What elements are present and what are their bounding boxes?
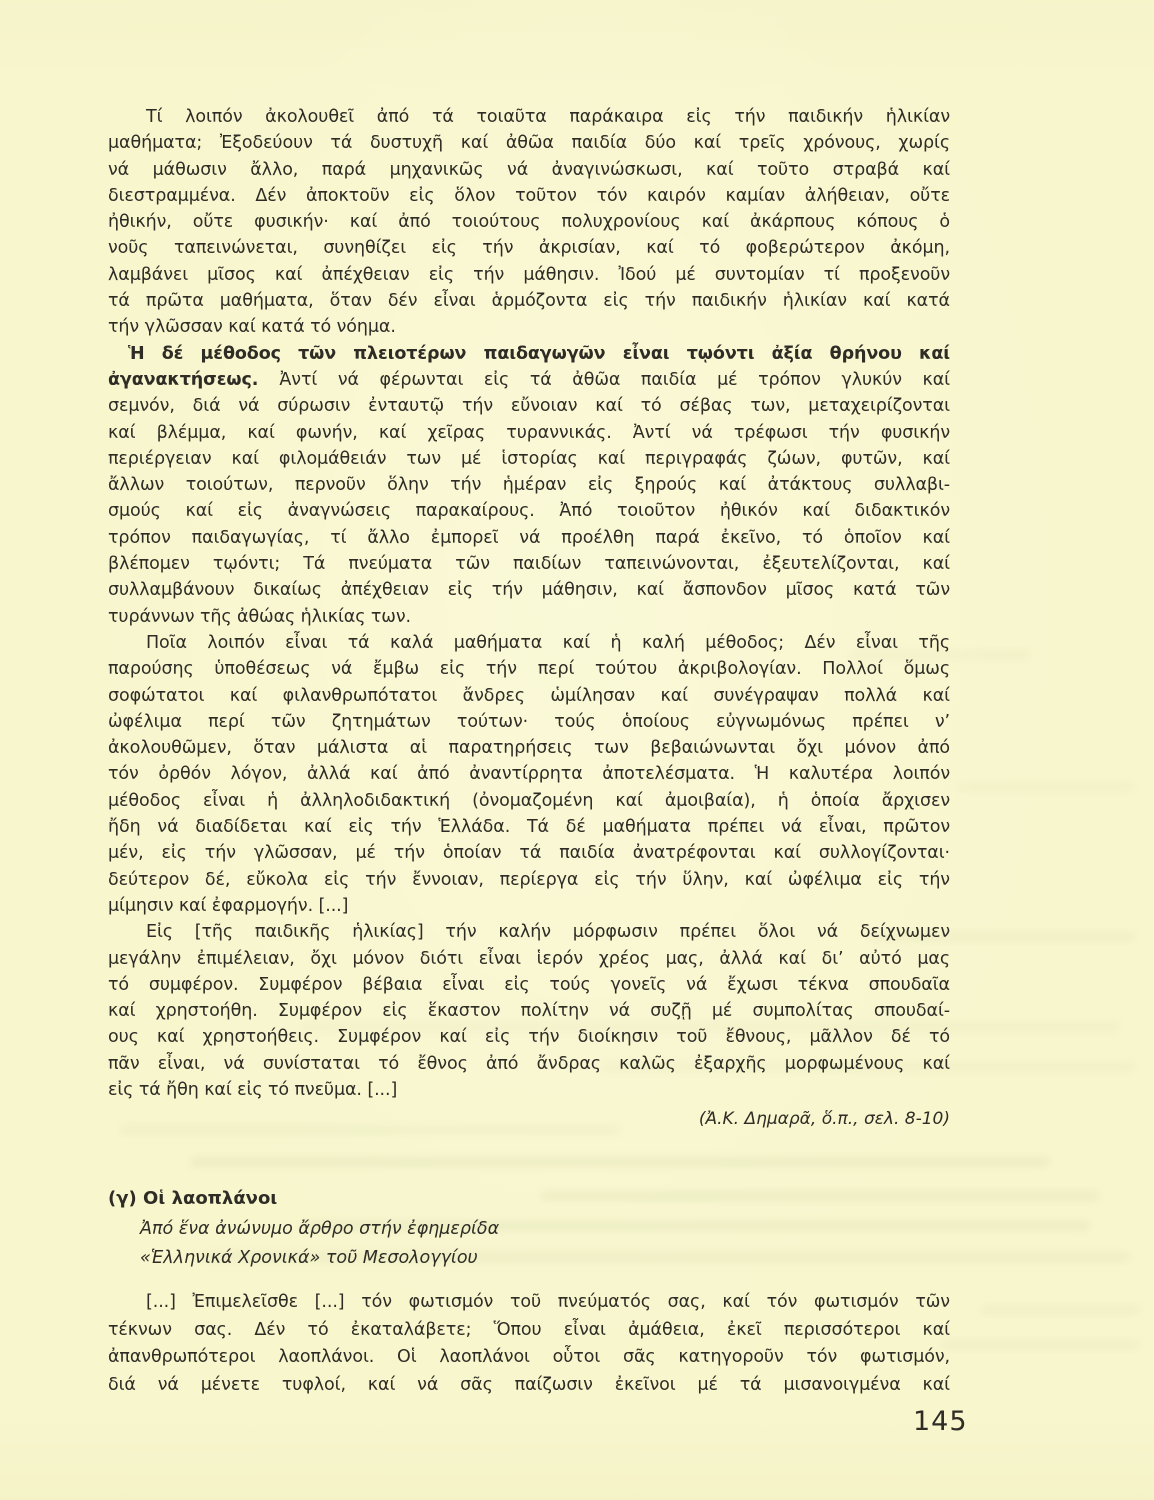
text-segment: διεστραμμένα. Δέν ἀποκτοῦν εἰς ὅλον τοῦτ… (108, 186, 950, 206)
block-attrib: (Ἀ.Κ. Δημαρᾶ, ὅ.π., σελ. 8-10) (108, 1106, 950, 1132)
text-line: μέθοδος εἶναι ἡ ἀλληλοδιδακτική (ὀνομαζο… (108, 788, 950, 814)
text-segment: καί βλέμμα, καί φωνήν, καί χεῖρας τυρανν… (108, 423, 950, 443)
text-line: [...] Ἐπιμελεῖσθε [...] τόν φωτισμόν τοῦ… (108, 1289, 950, 1317)
text-segment: νά μάθωσιν ἄλλο, παρά μηχανικῶς νά ἀναγι… (108, 160, 950, 180)
text-segment: σεμνόν, διά νά σύρωσιν ἐνταυτῷ τήν εὔνοι… (108, 396, 950, 416)
text-segment: ἀπανθρωπότεροι λαοπλάνοι. Οἱ λαοπλάνοι ο… (108, 1347, 950, 1367)
text-segment: τέκνων σας. Δέν τό ἐκαταλάβετε; Ὅπου εἶν… (108, 1320, 950, 1340)
bleedthrough-artifact (939, 1340, 1140, 1350)
text-line: εἰς τά ἤθη καί εἰς τό πνεῦμα. [...] (108, 1077, 950, 1103)
text-segment: πᾶν εἶναι, νά συνίσταται τό ἔθνος ἀπό ἄν… (108, 1054, 950, 1074)
text-segment: ἀκολουθῶμεν, ὅταν μάλιστα αἱ παρατηρήσει… (108, 738, 950, 758)
bold-text-segment: (γ) Οἱ λαοπλάνοι (108, 1188, 277, 1209)
text-line: καί βλέμμα, καί φωνήν, καί χεῖρας τυρανν… (108, 420, 950, 446)
text-line: «Ἑλληνικά Χρονικά» τοῦ Μεσολογγίου (140, 1244, 950, 1273)
text-segment: τυράννων τῆς ἀθώας ἡλικίας των. (108, 607, 411, 627)
text-line: σοφώτατοι καί φιλανθρωπότατοι ἄνδρες ὡμί… (108, 683, 950, 709)
text-segment: ἤδη νά διαδίδεται καί εἰς τήν Ἑλλάδα. Τά… (108, 817, 950, 837)
text-line: μαθήματα; Ἐξοδεύουν τά δυστυχῆ καί ἀθῶα … (108, 130, 950, 156)
bold-text-segment: Ἡ δέ μέθοδος τῶν πλειοτέρων παιδαγωγῶν ε… (128, 344, 950, 364)
text-segment: Τί λοιπόν ἀκολουθεῖ ἀπό τά τοιαῦτα παράκ… (146, 107, 950, 127)
text-segment: ἠθικήν, οὔτε φυσικήν· καί ἀπό τοιούτους … (108, 212, 950, 232)
text-segment: διά νά μένετε τυφλοί, καί νά σᾶς παίζωσι… (108, 1375, 950, 1395)
text-segment: τρόπον παιδαγωγίας, τί ἄλλο ἐμπορεῖ νά π… (108, 528, 950, 548)
text-segment: μίμησιν καί ἐφαρμογήν. [...] (108, 896, 348, 916)
text-segment: τό συμφέρον. Συμφέρον βέβαια εἶναι εἰς τ… (108, 975, 950, 995)
text-segment: συλλαμβάνουν δικαίως ἀπέχθειαν εἰς τήν μ… (108, 580, 950, 600)
text-line: τέκνων σας. Δέν τό ἐκαταλάβετε; Ὅπου εἶν… (108, 1317, 950, 1345)
text-line: Ἡ δέ μέθοδος τῶν πλειοτέρων παιδαγωγῶν ε… (108, 341, 950, 367)
block-para: [...] Ἐπιμελεῖσθε [...] τόν φωτισμόν τοῦ… (108, 1289, 950, 1399)
text-line: (γ) Οἱ λαοπλάνοι (108, 1186, 950, 1212)
bold-text-segment: ἀγανακτήσεως. (108, 370, 279, 390)
text-line: Ποῖα λοιπόν εἶναι τά καλά μαθήματα καί ἡ… (108, 630, 950, 656)
text-segment: μεγάλην ἐπιμέλειαν, ὄχι μόνον διότι εἶνα… (108, 949, 950, 969)
text-segment: ὠφέλιμα περί τῶν ζητημάτων τούτων· τούς … (108, 712, 950, 732)
text-line: ἤδη νά διαδίδεται καί εἰς τήν Ἑλλάδα. Τά… (108, 814, 950, 840)
text-line: ὠφέλιμα περί τῶν ζητημάτων τούτων· τούς … (108, 709, 950, 735)
text-segment: Ποῖα λοιπόν εἶναι τά καλά μαθήματα καί ἡ… (146, 633, 950, 653)
text-line: διεστραμμένα. Δέν ἀποκτοῦν εἰς ὅλον τοῦτ… (108, 183, 950, 209)
text-line: νοῦς ταπεινώνεται, συνηθίζει εἰς τήν ἀκρ… (108, 235, 950, 261)
scanned-book-page: Τί λοιπόν ἀκολουθεῖ ἀπό τά τοιαῦτα παράκ… (0, 0, 1154, 1500)
text-segment: ους καί χρηστοήθεις. Συμφέρον καί εἰς τή… (108, 1027, 950, 1047)
italic-text-segment: Ἀπό ἕνα ἀνώνυμο ἄρθρο στήν ἐφημερίδα (140, 1219, 499, 1239)
text-line: τυράννων τῆς ἀθώας ἡλικίας των. (108, 604, 950, 630)
text-line: ἠθικήν, οὔτε φυσικήν· καί ἀπό τοιούτους … (108, 209, 950, 235)
text-segment: παρούσης ὑποθέσεως νά ἔμβω εἰς τήν περί … (108, 659, 950, 679)
text-line: σεμνόν, διά νά σύρωσιν ἐνταυτῷ τήν εὔνοι… (108, 393, 950, 419)
text-segment: τά πρῶτα μαθήματα, ὅταν δέν εἶναι ἁρμόζο… (108, 291, 950, 311)
text-segment: τήν γλῶσσαν καί κατά τό νόημα. (108, 317, 396, 337)
text-line: Ἀπό ἕνα ἀνώνυμο ἄρθρο στήν ἐφημερίδα (140, 1215, 950, 1244)
text-segment: μέθοδος εἶναι ἡ ἀλληλοδιδακτική (ὀνομαζο… (108, 791, 950, 811)
page-number: 145 (913, 1406, 968, 1437)
text-line: δεύτερον δέ, εὔκολα εἰς τήν ἔννοιαν, περ… (108, 867, 950, 893)
text-line: βλέπομεν τῳόντι; Τά πνεύματα τῶν παιδίων… (108, 551, 950, 577)
block-para: Ἡ δέ μέθοδος τῶν πλειοτέρων παιδαγωγῶν ε… (108, 341, 950, 630)
text-line: τήν γλῶσσαν καί κατά τό νόημα. (108, 314, 950, 340)
text-line: τόν ὀρθόν λόγον, ἀλλά καί ἀπό ἀναντίρρητ… (108, 761, 950, 787)
text-line: Εἰς [τῆς παιδικῆς ἡλικίας] τήν καλήν μόρ… (108, 919, 950, 945)
text-line: συλλαμβάνουν δικαίως ἀπέχθειαν εἰς τήν μ… (108, 577, 950, 603)
text-line: περιέργειαν καί φιλομάθειάν των μέ ἱστορ… (108, 446, 950, 472)
text-line: πᾶν εἶναι, νά συνίσταται τό ἔθνος ἀπό ἄν… (108, 1051, 950, 1077)
text-segment: βλέπομεν τῳόντι; Τά πνεύματα τῶν παιδίων… (108, 554, 950, 574)
text-segment: καί χρηστοήθη. Συμφέρον εἰς ἕκαστον πολί… (108, 1001, 950, 1021)
text-segment: δεύτερον δέ, εὔκολα εἰς τήν ἔννοιαν, περ… (108, 870, 950, 890)
bleedthrough-artifact (979, 1305, 1140, 1315)
text-segment: τόν ὀρθόν λόγον, ἀλλά καί ἀπό ἀναντίρρητ… (108, 764, 950, 784)
text-line: μεγάλην ἐπιμέλειαν, ὄχι μόνον διότι εἶνα… (108, 946, 950, 972)
italic-text-segment: «Ἑλληνικά Χρονικά» τοῦ Μεσολογγίου (140, 1248, 478, 1268)
text-line: σμούς καί εἰς ἀναγνώσεις παρακαίρους. Ἀπ… (108, 498, 950, 524)
text-segment: περιέργειαν καί φιλομάθειάν των μέ ἱστορ… (108, 449, 950, 469)
text-segment: σμούς καί εἰς ἀναγνώσεις παρακαίρους. Ἀπ… (108, 501, 950, 521)
text-line: λαμβάνει μῖσος καί ἀπέχθειαν εἰς τήν μάθ… (108, 262, 950, 288)
text-segment: μαθήματα; Ἐξοδεύουν τά δυστυχῆ καί ἀθῶα … (108, 133, 950, 153)
text-line: ἀγανακτήσεως. Ἀντί νά φέρωνται εἰς τά ἀθ… (108, 367, 950, 393)
text-line: παρούσης ὑποθέσεως νά ἔμβω εἰς τήν περί … (108, 656, 950, 682)
text-line: καί χρηστοήθη. Συμφέρον εἰς ἕκαστον πολί… (108, 998, 950, 1024)
text-segment: [...] Ἐπιμελεῖσθε [...] τόν φωτισμόν τοῦ… (146, 1292, 950, 1312)
text-line: διά νά μένετε τυφλοί, καί νά σᾶς παίζωσι… (108, 1372, 950, 1400)
text-line: ἀπανθρωπότεροι λαοπλάνοι. Οἱ λαοπλάνοι ο… (108, 1344, 950, 1372)
text-segment: εἰς τά ἤθη καί εἰς τό πνεῦμα. [...] (108, 1080, 397, 1100)
text-segment: σοφώτατοι καί φιλανθρωπότατοι ἄνδρες ὡμί… (108, 686, 950, 706)
text-line: ους καί χρηστοήθεις. Συμφέρον καί εἰς τή… (108, 1024, 950, 1050)
block-para: Ποῖα λοιπόν εἶναι τά καλά μαθήματα καί ἡ… (108, 630, 950, 919)
italic-text-segment: (Ἀ.Κ. Δημαρᾶ, ὅ.π., σελ. 8-10) (699, 1109, 950, 1129)
text-segment: Εἰς [τῆς παιδικῆς ἡλικίας] τήν καλήν μόρ… (146, 922, 950, 942)
bleedthrough-artifact (954, 782, 1135, 792)
text-segment: λαμβάνει μῖσος καί ἀπέχθειαν εἰς τήν μάθ… (108, 265, 950, 285)
text-segment: Ἀντί νά φέρωνται εἰς τά ἀθῶα παιδία μέ τ… (279, 370, 950, 390)
text-column: Τί λοιπόν ἀκολουθεῖ ἀπό τά τοιαῦτα παράκ… (108, 104, 950, 1399)
text-line: τρόπον παιδαγωγίας, τί ἄλλο ἐμπορεῖ νά π… (108, 525, 950, 551)
block-para: Εἰς [τῆς παιδικῆς ἡλικίας] τήν καλήν μόρ… (108, 919, 950, 1103)
text-segment: μέν, εἰς τήν γλῶσσαν, μέ τήν ὁποίαν τά π… (108, 843, 950, 863)
text-line: μέν, εἰς τήν γλῶσσαν, μέ τήν ὁποίαν τά π… (108, 840, 950, 866)
block-para: Τί λοιπόν ἀκολουθεῖ ἀπό τά τοιαῦτα παράκ… (108, 104, 950, 341)
text-line: τό συμφέρον. Συμφέρον βέβαια εἶναι εἰς τ… (108, 972, 950, 998)
text-line: (Ἀ.Κ. Δημαρᾶ, ὅ.π., σελ. 8-10) (108, 1106, 950, 1132)
text-line: νά μάθωσιν ἄλλο, παρά μηχανικῶς νά ἀναγι… (108, 157, 950, 183)
text-line: μίμησιν καί ἐφαρμογήν. [...] (108, 893, 950, 919)
text-line: Τί λοιπόν ἀκολουθεῖ ἀπό τά τοιαῦτα παράκ… (108, 104, 950, 130)
text-segment: ἄλλων τοιούτων, περνοῦν ὅλην τήν ἡμέραν … (108, 475, 950, 495)
text-segment: νοῦς ταπεινώνεται, συνηθίζει εἰς τήν ἀκρ… (108, 238, 950, 258)
block-heading: (γ) Οἱ λαοπλάνοι (108, 1186, 950, 1212)
text-line: ἀκολουθῶμεν, ὅταν μάλιστα αἱ παρατηρήσει… (108, 735, 950, 761)
text-line: τά πρῶτα μαθήματα, ὅταν δέν εἶναι ἁρμόζο… (108, 288, 950, 314)
block-subtitle: Ἀπό ἕνα ἀνώνυμο ἄρθρο στήν ἐφημερίδα«Ἑλλ… (108, 1215, 950, 1272)
text-line: ἄλλων τοιούτων, περνοῦν ὅλην τήν ἡμέραν … (108, 472, 950, 498)
